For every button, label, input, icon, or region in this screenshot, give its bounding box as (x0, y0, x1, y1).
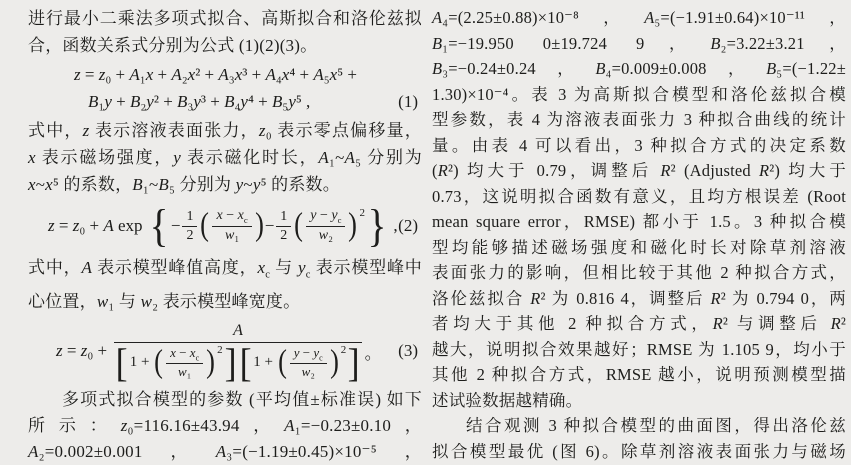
paragraph-line: 多项式拟合模型的参数 (平均值±标准误) 如下 (28, 387, 422, 413)
paragraph-line: 结合观测 3 种拟合模型的曲面图，得出洛伦兹 (432, 413, 846, 439)
one-plus: 1 + (130, 354, 153, 371)
left-bracket: [ (240, 345, 252, 381)
comma: , (389, 216, 398, 236)
paragraph-line: 量。由表 4 可以看出，3 种拟合方式的决定系数 (432, 133, 846, 159)
exponent-2: 2 (217, 344, 223, 356)
formula-2: z = z₀ + A exp { − 1 2 ( x − xc w₁ ) − 1… (28, 198, 422, 254)
fraction-one-half: 1 2 (182, 209, 197, 243)
big-fraction-denominator: [ 1 + ( x − xc w₁ ) 2 ] [ 1 + ( y − yc (114, 343, 361, 381)
formula-3-lhs: z = z₀ + (56, 341, 111, 361)
paragraph-line: x 表示磁场强度，y 表示磁化时长，A₁~A₅ 分别为 (28, 144, 422, 171)
equation-number-3: (3) (398, 341, 418, 361)
equation-number-2: (2) (398, 216, 418, 236)
formula-1-line-2: B₁y + B₂y² + B₃y³ + B₄y⁴ + B₅y⁵ , (88, 88, 422, 115)
formula-1: z = z₀ + A₁x + A₂x² + A₃x³ + A₄x⁴ + A₅x⁵… (28, 61, 422, 115)
left-paren: ( (294, 211, 303, 241)
paragraph-line: (R²) 均大于 0.79，调整后 R² (Adjusted R²) 均大于 (432, 158, 846, 184)
paragraph-line: 型参数，表 4 为溶液表面张力 3 种拟合曲线的统计 (432, 107, 846, 133)
big-fraction: A [ 1 + ( x − xc w₁ ) 2 ] [ 1 + ( (114, 322, 361, 381)
paragraph-line: 进行最小二乘法多项式拟合、高斯拟合和洛伦兹拟 (28, 5, 422, 32)
paragraph-line: 洛伦兹拟合 R² 为 0.816 4，调整后 R² 为 0.794 0，两 (432, 286, 846, 312)
right-paren: ) (349, 211, 358, 241)
paragraph-line: 1.30)×10⁻⁴。表 3 为高斯拟合模型和洛伦兹拟合模 (432, 82, 846, 108)
paragraph-line: A₄=(2.25±0.88)×10⁻⁸，A₅=(−1.91±0.64)×10⁻¹… (432, 5, 846, 31)
left-paren: ( (154, 348, 163, 378)
right-bracket: ] (348, 345, 360, 381)
right-paren: ) (255, 211, 264, 241)
paragraph-line: 合，函数关系式分别为公式 (1)(2)(3)。 (28, 32, 422, 59)
paragraph-line: 心位置，w₁ 与 w₂ 表示模型峰宽度。 (28, 288, 422, 315)
paragraph-line: mean square error，RMSE) 都小于 1.5。3 种拟合模 (432, 209, 846, 235)
left-paren: ( (278, 348, 287, 378)
formula-1-line-1: z = z₀ + A₁x + A₂x² + A₃x³ + A₄x⁴ + A₅x⁵… (74, 61, 422, 88)
left-column: 进行最小二乘法多项式拟合、高斯拟合和洛伦兹拟 合，函数关系式分别为公式 (1)(… (28, 0, 422, 465)
minus-sign: − (171, 216, 181, 236)
right-paren: ) (330, 348, 339, 378)
paragraph-line: 0.73，这说明拟合函数有意义，且均方根误差 (Root (432, 184, 846, 210)
paragraph-line: 越大，说明拟合效果越好；RMSE 为 1.105 9，均小于 (432, 337, 846, 363)
paragraph-line: B₁=−19.950 0±19.724 9，B₂=3.22±3.21， (432, 31, 846, 57)
paragraph-line: 式中，A 表示模型峰值高度，xc 与 yc 表示模型峰中 (28, 254, 422, 288)
exponent-2: 2 (359, 207, 365, 219)
right-column: A₄=(2.25±0.88)×10⁻⁸，A₅=(−1.91±0.64)×10⁻¹… (432, 0, 846, 464)
paragraph-line: B₃=−0.24±0.24，B₄=0.009±0.008，B₅=(−1.22± (432, 56, 846, 82)
right-bracket: ] (224, 345, 236, 381)
fraction-x: x − xc w₁ (166, 346, 203, 380)
left-brace: { (149, 205, 168, 246)
big-fraction-numerator: A (114, 322, 361, 343)
right-brace: } (368, 205, 387, 246)
equation-number-1: (1) (398, 92, 418, 112)
exponent-2: 2 (341, 344, 347, 356)
paragraph-line: x~x⁵ 的系数，B₁~B₅ 分别为 y~y⁵ 的系数。 (28, 171, 422, 198)
paragraph-line: 述试验数据越精确。 (432, 388, 846, 414)
left-bracket: [ (116, 345, 128, 381)
paper-page: 进行最小二乘法多项式拟合、高斯拟合和洛伦兹拟 合，函数关系式分别为公式 (1)(… (0, 0, 851, 465)
paragraph-line: A₂=0.002±0.001，A₃=(−1.19±0.45)×10⁻⁵， (28, 439, 422, 465)
one-plus: 1 + (253, 354, 276, 371)
paragraph-line: 其他 2 种拟合方式，RMSE 越小，说明预测模型描 (432, 362, 846, 388)
paragraph-line: 所示：z₀=116.16±43.94，A₁=−0.23±0.10， (28, 413, 422, 439)
formula-2-lhs: z = z₀ + A exp (48, 216, 147, 236)
period: 。 (365, 339, 382, 364)
left-paren: ( (201, 211, 210, 241)
formula-3: z = z₀ + A [ 1 + ( x − xc w₁ ) 2 ] [ 1 + (28, 315, 422, 387)
fraction-one-half: 1 2 (276, 209, 291, 243)
paragraph-line: 型均能够描述磁场强度和磁化时长对除草剂溶液 (432, 235, 846, 261)
fraction-y: y − yc w₂ (290, 346, 327, 380)
paragraph-line: 者均大于其他 2 种拟合方式，R² 与调整后 R² (432, 311, 846, 337)
paragraph-line: 拟合模型最优 (图 6)。除草剂溶液表面张力与磁场 (432, 439, 846, 465)
paragraph-line: 表面张力的影响，但相比较于其他 2 种拟合方式， (432, 260, 846, 286)
fraction-x: x − xc w₁ (212, 208, 251, 244)
right-paren: ) (206, 348, 215, 378)
paragraph-line: 式中，z 表示溶液表面张力，z₀ 表示零点偏移量， (28, 117, 422, 144)
fraction-y: y − yc w₂ (306, 208, 345, 244)
minus-sign: − (265, 216, 275, 236)
